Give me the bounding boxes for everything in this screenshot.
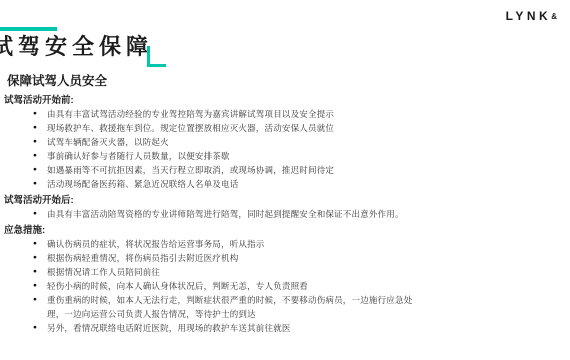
title-corner-bracket [147,46,166,67]
list-item: 根据伤病轻重情况，将伤病员指引去附近医疗机构 [4,251,429,265]
slide-body: 试驾活动开始前: 由具有丰富试驾活动经验的专业驾控陪驾为嘉宾讲解试驾项目以及安全… [4,95,560,335]
list-item: 现场救护车、救援拖车到位。规定位置摆放相应灭火器，活动安保人员就位 [4,121,429,135]
brand-logo: LYNK& [506,9,557,23]
list-item: 重伤重病的时候，如本人无法行走，判断症状很严重的时候，不要移动伤病员，一边施行应… [4,293,429,321]
bullet-list: 由具有丰富试驾活动经验的专业驾控陪驾为嘉宾讲解试驾项目以及安全提示 现场救护车、… [4,107,560,191]
section-heading: 试驾活动开始后: [4,195,560,207]
bullet-list: 确认伤病员的症状，将状况报告给运营事务局，听从指示 根据伤病轻重情况，将伤病员指… [4,237,560,335]
section-title: 保障试驾人员安全 [7,71,107,89]
list-item: 轻伤小病的时候，向本人确认身体状况后，判断无恙，专人负责照看 [4,279,429,293]
section-heading: 应急措施: [4,225,560,237]
brand-logo-ampersand: & [551,12,557,21]
list-item: 确认伤病员的症状，将状况报告给运营事务局，听从指示 [4,237,429,251]
section-heading: 试驾活动开始前: [4,95,560,107]
section-during-drive: 试驾活动开始后: 由具有丰富活动陪驾资格的专业讲师陪驾进行陪驾，同时起到提醒安全… [4,195,560,221]
list-item: 根据情况请工作人员陪同前往 [4,265,429,279]
list-item: 由具有丰富活动陪驾资格的专业讲师陪驾进行陪驾，同时起到提醒安全和保证不出意外作用… [4,207,429,221]
brand-logo-text: LYNK [506,9,552,23]
list-item: 如遇暴雨等不可抗拒因素，当天行程立即取消，或现场协调，推迟时间待定 [4,163,429,177]
bullet-list: 由具有丰富活动陪驾资格的专业讲师陪驾进行陪驾，同时起到提醒安全和保证不出意外作用… [4,207,560,221]
page-title: 试驾安全保障 [0,34,153,60]
title-accent-line [0,27,57,31]
section-before-drive: 试驾活动开始前: 由具有丰富试驾活动经验的专业驾控陪驾为嘉宾讲解试驾项目以及安全… [4,95,560,191]
list-item: 由具有丰富试驾活动经验的专业驾控陪驾为嘉宾讲解试驾项目以及安全提示 [4,107,429,121]
list-item: 试驾车辆配备灭火器，以防起火 [4,135,429,149]
list-item: 另外，看情况联络电话附近医院，用现场的救护车送其前往就医 [4,321,429,335]
list-item: 活动现场配备医药箱、紧急近况联络人名单及电话 [4,177,429,191]
slide: LYNK& 试驾安全保障 保障试驾人员安全 试驾活动开始前: 由具有丰富试驾活动… [0,0,570,360]
list-item: 事前确认好参与者随行人员数量，以便安排茶歇 [4,149,429,163]
section-emergency-measures: 应急措施: 确认伤病员的症状，将状况报告给运营事务局，听从指示 根据伤病轻重情况… [4,225,560,335]
